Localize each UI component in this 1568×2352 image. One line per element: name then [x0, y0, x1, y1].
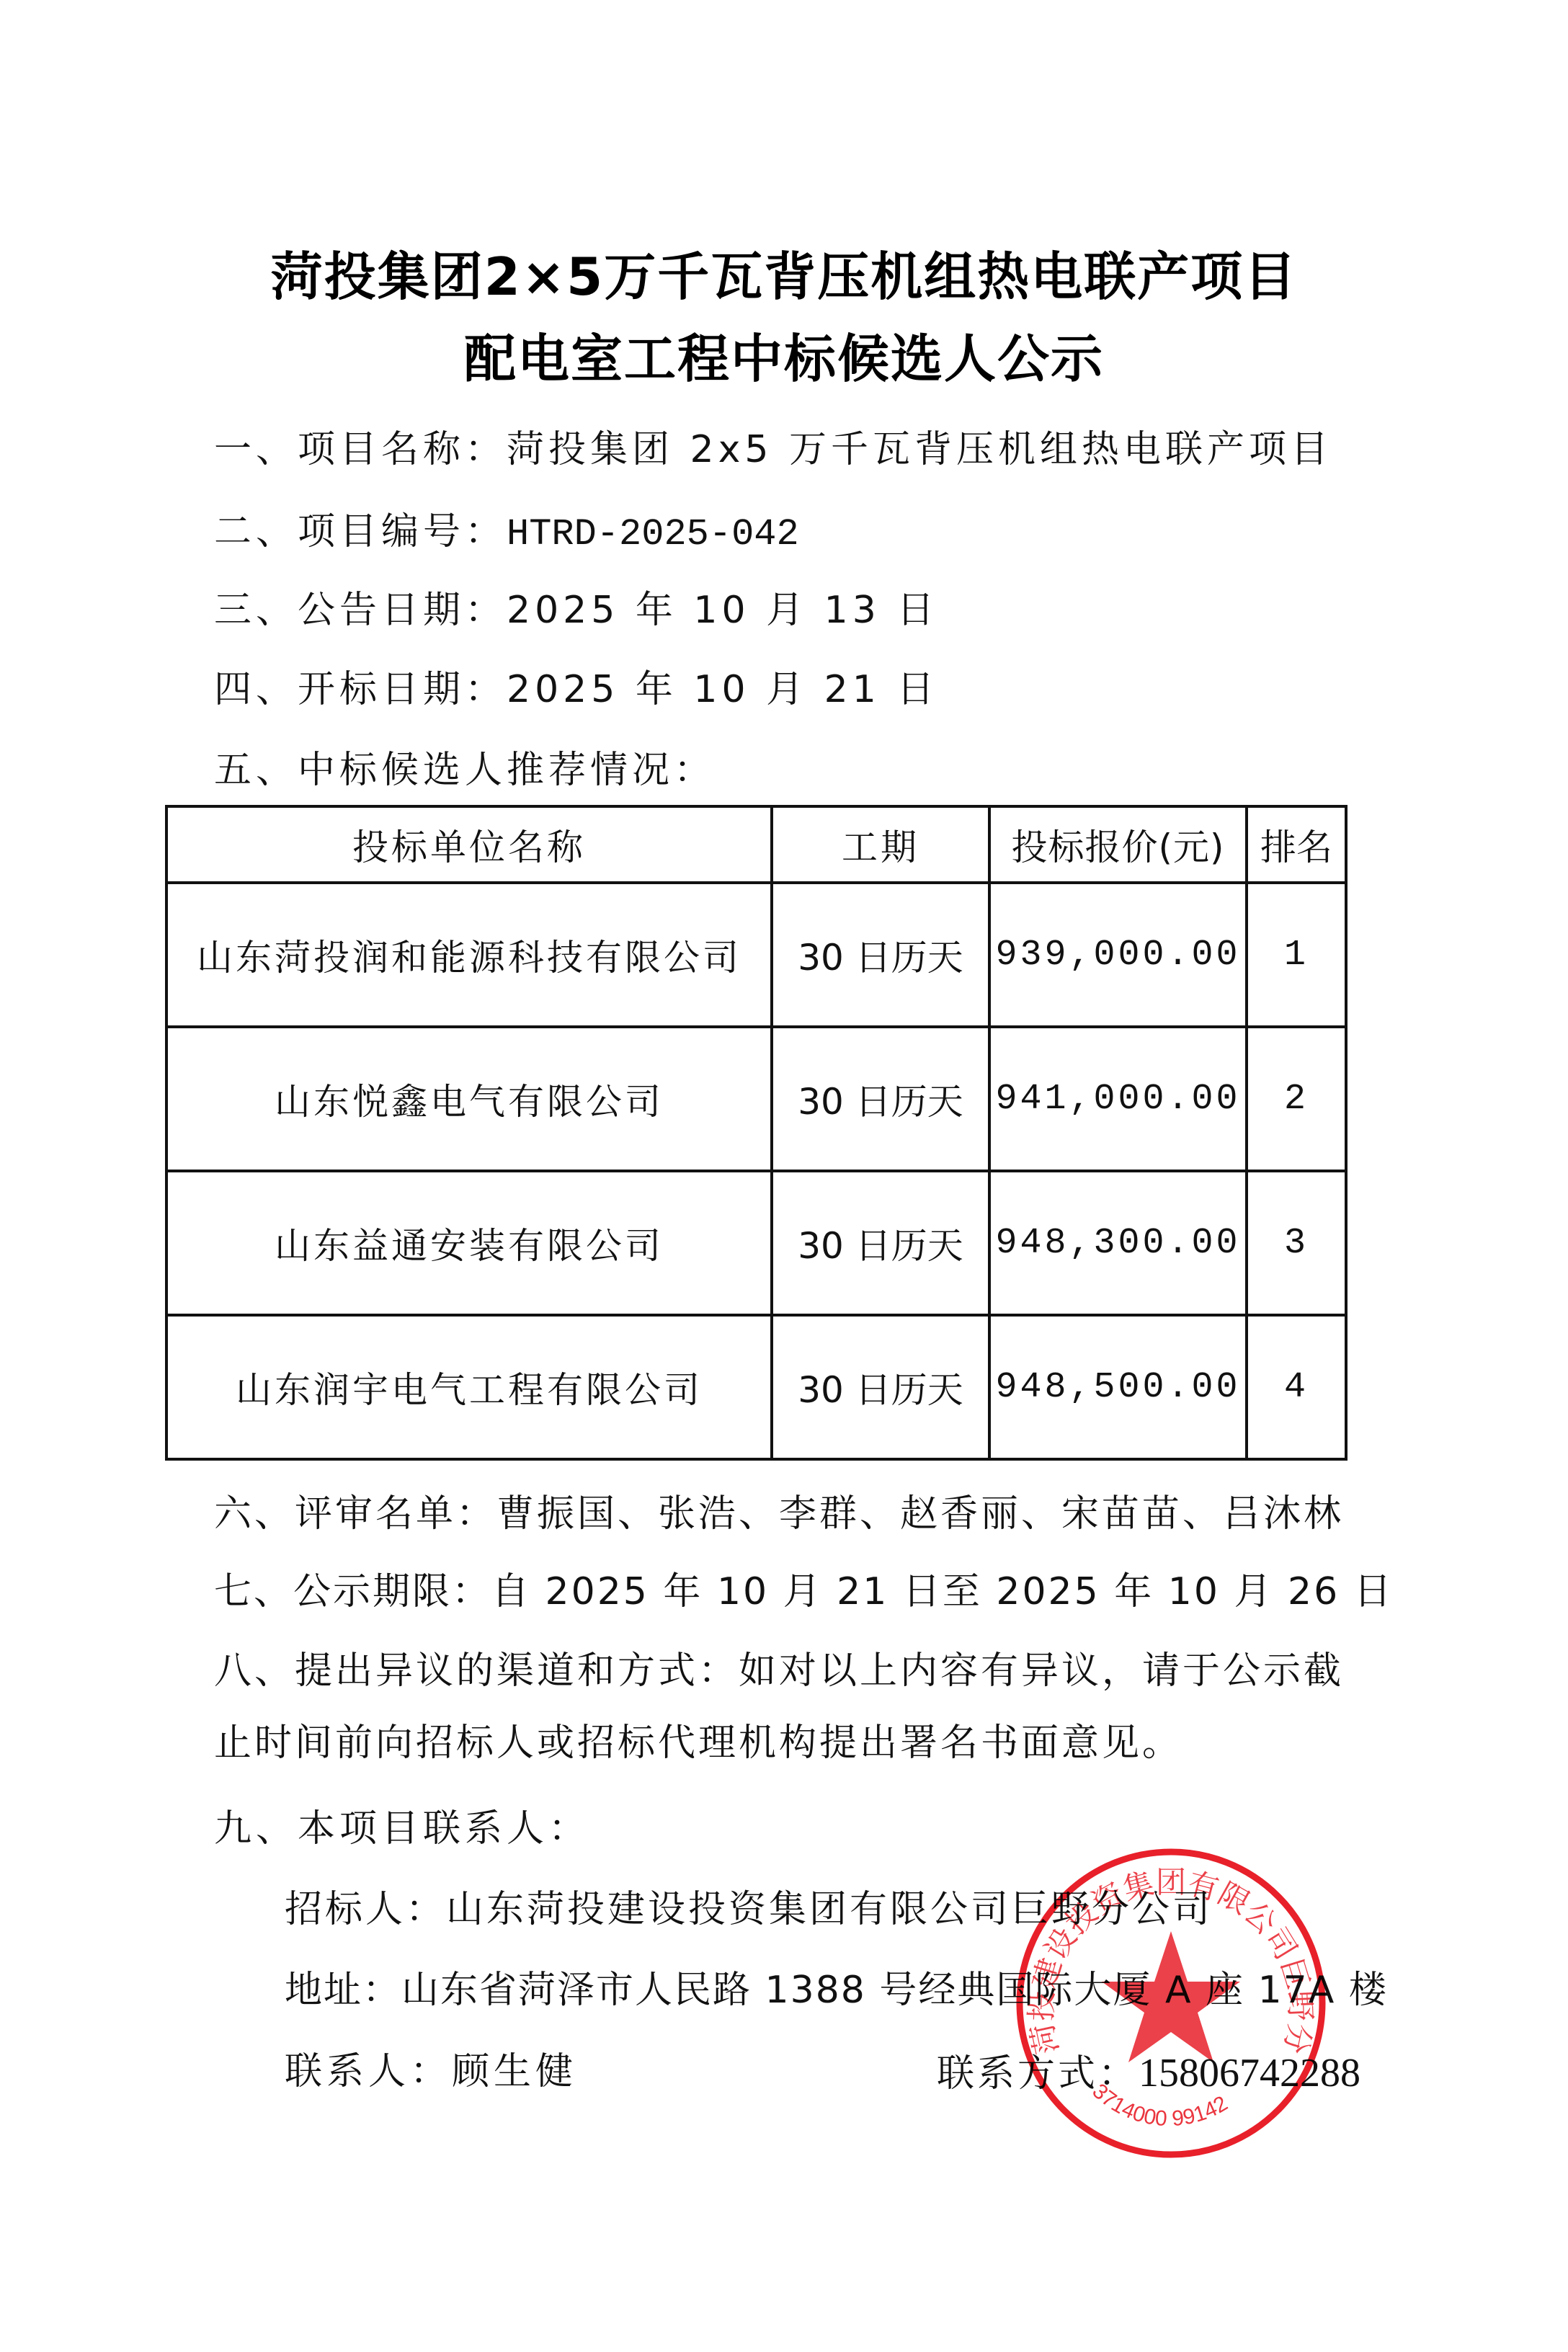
open-date-value: 2025 年 10 月 21 日: [507, 668, 938, 711]
contact-person-value: 顾生健: [452, 2050, 577, 2093]
contact-phone-row: 联系方式：15806742288: [937, 2053, 1360, 2093]
svg-text:山东菏投建设投资集团有限公司巨野分公司: 山东菏投建设投资集团有限公司巨野分公司: [1012, 1845, 1319, 2057]
project-name-row: 一、项目名称：菏投集团 2x5 万千瓦背压机组热电联产项目: [214, 431, 1332, 468]
table-row: 山东悦鑫电气有限公司 30 日历天 941,000.00 2: [166, 1027, 1346, 1171]
cell-company: 山东菏投润和能源科技有限公司: [166, 883, 772, 1027]
announce-date-value: 2025 年 10 月 13 日: [507, 589, 938, 632]
cell-rank: 3: [1247, 1171, 1346, 1315]
cell-company: 山东悦鑫电气有限公司: [166, 1027, 772, 1171]
project-number-label: 二、项目编号：: [214, 510, 507, 553]
table-row: 山东菏投润和能源科技有限公司 30 日历天 939,000.00 1: [166, 883, 1346, 1027]
header-duration: 工期: [772, 806, 989, 883]
header-company: 投标单位名称: [166, 806, 772, 883]
reviewers-value: 曹振国、张浩、李群、赵香丽、宋苗苗、吕沐林: [496, 1492, 1344, 1536]
document-page: 菏投集团2×5万千瓦背压机组热电联产项目 配电室工程中标候选人公示 一、项目名称…: [0, 0, 1568, 2352]
objection-line2: 止时间前向招标人或招标代理机构提出署名书面意见。: [214, 1724, 1182, 1762]
cell-rank: 4: [1247, 1315, 1346, 1459]
publicity-period-label: 七、公示期限：: [214, 1570, 491, 1613]
project-name-label: 一、项目名称：: [214, 428, 507, 471]
cell-price: 941,000.00: [989, 1027, 1247, 1171]
project-number-row: 二、项目编号：HTRD-2025-042: [214, 513, 799, 553]
cell-duration: 30 日历天: [772, 1315, 989, 1459]
tenderer-row: 招标人：山东菏投建设投资集团有限公司巨野分公司: [285, 1891, 1213, 1928]
cell-price: 948,500.00: [989, 1315, 1247, 1459]
header-rank: 排名: [1247, 806, 1346, 883]
contact-heading: 九、本项目联系人：: [214, 1810, 590, 1848]
header-price: 投标报价(元): [989, 806, 1247, 883]
cell-company: 山东益通安装有限公司: [166, 1171, 772, 1315]
project-name-value: 菏投集团 2x5 万千瓦背压机组热电联产项目: [507, 428, 1332, 471]
cell-price: 939,000.00: [989, 883, 1247, 1027]
table-row: 山东润宇电气工程有限公司 30 日历天 948,500.00 4: [166, 1315, 1346, 1459]
contact-phone-label: 联系方式：: [937, 2052, 1139, 2095]
publicity-period-value: 自 2025 年 10 月 21 日至 2025 年 10 月 26 日: [491, 1570, 1394, 1613]
address-label: 地址：: [285, 1969, 401, 2012]
contact-person-label: 联系人：: [285, 2050, 452, 2093]
contact-phone-value: 15806742288: [1139, 2051, 1360, 2095]
cell-duration: 30 日历天: [772, 883, 989, 1027]
cell-price: 948,300.00: [989, 1171, 1247, 1315]
open-date-label: 四、开标日期：: [214, 668, 507, 711]
table-row: 山东益通安装有限公司 30 日历天 948,300.00 3: [166, 1171, 1346, 1315]
page-title-line2: 配电室工程中标候选人公示: [0, 333, 1568, 385]
cell-duration: 30 日历天: [772, 1027, 989, 1171]
contact-person-row: 联系人：顾生健: [285, 2053, 577, 2090]
tenderer-value: 山东菏投建设投资集团有限公司巨野分公司: [446, 1888, 1213, 1931]
project-number-value: HTRD-2025-042: [507, 513, 799, 556]
table-header-row: 投标单位名称 工期 投标报价(元) 排名: [166, 806, 1346, 883]
seal-text: 山东菏投建设投资集团有限公司巨野分公司: [1012, 1845, 1319, 2057]
reviewers-label: 六、评审名单：: [214, 1492, 496, 1536]
cell-company: 山东润宇电气工程有限公司: [166, 1315, 772, 1459]
reviewers-row: 六、评审名单：曹振国、张浩、李群、赵香丽、宋苗苗、吕沐林: [214, 1495, 1344, 1533]
announce-date-row: 三、公告日期：2025 年 10 月 13 日: [214, 592, 938, 629]
announce-date-label: 三、公告日期：: [214, 589, 507, 632]
candidates-heading: 五、中标候选人推荐情况：: [214, 752, 716, 789]
cell-duration: 30 日历天: [772, 1171, 989, 1315]
page-title-line1: 菏投集团2×5万千瓦背压机组热电联产项目: [0, 251, 1568, 303]
candidates-table: 投标单位名称 工期 投标报价(元) 排名 山东菏投润和能源科技有限公司 30 日…: [165, 805, 1347, 1461]
address-row: 地址：山东省菏泽市人民路 1388 号经典国际大厦 A 座 17A 楼: [285, 1972, 1388, 2009]
cell-rank: 2: [1247, 1027, 1346, 1171]
cell-rank: 1: [1247, 883, 1346, 1027]
address-value: 山东省菏泽市人民路 1388 号经典国际大厦 A 座 17A 楼: [401, 1969, 1388, 2012]
publicity-period-row: 七、公示期限：自 2025 年 10 月 21 日至 2025 年 10 月 2…: [214, 1573, 1394, 1611]
tenderer-label: 招标人：: [285, 1888, 446, 1931]
open-date-row: 四、开标日期：2025 年 10 月 21 日: [214, 671, 938, 708]
objection-line1: 八、提出异议的渠道和方式：如对以上内容有异议，请于公示截: [214, 1652, 1344, 1690]
